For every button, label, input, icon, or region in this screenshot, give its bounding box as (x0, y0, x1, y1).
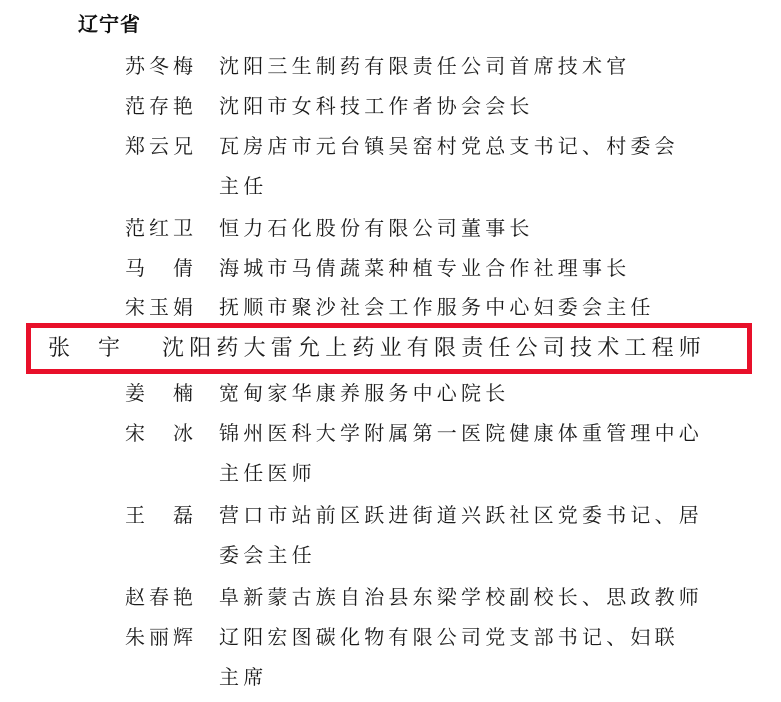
person-name: 宋玉娟 (125, 287, 197, 327)
person-title: 阜新蒙古族自治县东梁学校副校长、思政教师 (219, 577, 703, 617)
person-name: 王 磊 (125, 495, 197, 535)
province-heading: 辽宁省 (78, 10, 141, 38)
person-title: 锦州医科大学附属第一医院健康体重管理中心 (219, 413, 703, 453)
person-name: 姜 楠 (125, 373, 197, 413)
person-name: 马 倩 (125, 248, 197, 288)
person-title: 海城市马倩蔬菜种植专业合作社理事长 (219, 248, 630, 288)
person-title: 宽甸家华康养服务中心院长 (219, 373, 509, 413)
person-title: 恒力石化股份有限公司董事长 (219, 208, 534, 248)
person-name: 郑云兄 (125, 126, 197, 166)
person-title-continued: 主任医师 (219, 453, 316, 493)
person-title-continued: 主任 (219, 166, 267, 206)
person-name: 范红卫 (125, 208, 197, 248)
person-name: 范存艳 (125, 86, 197, 126)
person-title: 营口市站前区跃进街道兴跃社区党委书记、居 (219, 495, 703, 535)
person-name: 朱丽辉 (125, 617, 197, 657)
person-name: 宋 冰 (125, 413, 197, 453)
person-title: 辽阳宏图碳化物有限公司党支部书记、妇联 (219, 617, 679, 657)
person-name: 苏冬梅 (125, 46, 197, 86)
person-title-continued: 委会主任 (219, 535, 316, 575)
person-title: 抚顺市聚沙社会工作服务中心妇委会主任 (219, 287, 655, 327)
person-title: 沈阳三生制药有限责任公司首席技术官 (219, 46, 630, 86)
person-name: 张宇 (48, 328, 148, 369)
person-title-continued: 主席 (219, 657, 267, 697)
person-title: 沈阳药大雷允上药业有限责任公司技术工程师 (162, 328, 706, 369)
highlighted-entry: 张宇 沈阳药大雷允上药业有限责任公司技术工程师 (26, 323, 752, 374)
person-title: 沈阳市女科技工作者协会会长 (219, 86, 534, 126)
person-title: 瓦房店市元台镇吴窑村党总支书记、村委会 (219, 126, 679, 166)
person-name: 赵春艳 (125, 577, 197, 617)
